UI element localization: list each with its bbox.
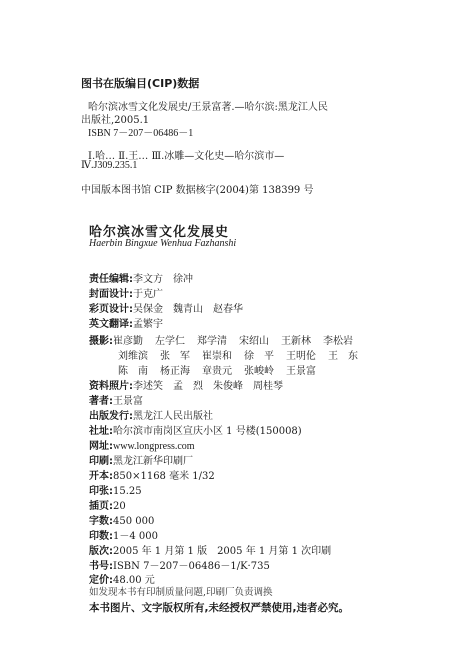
credit-photography-row-2: 刘维滨张 军崔崇和徐 平王明伦王 东: [118, 347, 370, 362]
pub-format: 开本:850×1168 毫米 1/32: [89, 467, 215, 482]
credit-photography: 摄影:崔彦勤左学仁郑学清宋绍山王新林李松岩: [89, 332, 365, 347]
credit-color-pages: 彩页设计:吴保金 魏青山 赵春华: [89, 300, 243, 315]
credit-cover: 封面设计:于克广: [89, 285, 163, 300]
credit-translation: 英文翻译:孟繁宇: [89, 315, 163, 330]
copyright-notice: 本书图片、文字版权所有,未经授权严禁使用,违者必究。: [89, 600, 349, 615]
pub-website: 网址:www.longpress.com: [89, 437, 195, 452]
book-pinyin-title: Haerbin Bingxue Wenhua Fazhanshi: [89, 238, 236, 249]
quality-notice: 如发现本书有印制质量问题,印刷厂负责调换: [89, 584, 273, 598]
credit-editor: 责任编辑:李文方 徐冲: [89, 270, 193, 285]
cip-heading: 图书在版编目(CIP)数据: [81, 75, 199, 91]
cip-isbn: ISBN 7－207－06486－1: [88, 124, 193, 139]
pub-words: 字数:450 000: [89, 512, 154, 527]
pub-author: 著者:王景富: [89, 392, 143, 407]
credit-archive-photos: 资料照片:李述笑 孟 烈 朱俊峰 周桂琴: [89, 377, 283, 392]
pub-edition: 版次:2005 年 1 月第 1 版 2005 年 1 月第 1 次印刷: [89, 542, 331, 557]
pub-printer: 印刷:黑龙江新华印刷厂: [89, 452, 193, 467]
pub-copies: 印数:1－4 000: [89, 527, 158, 542]
pub-isbn: 书号:ISBN 7－207－06486－1/K·735: [89, 557, 270, 572]
cip-verification: 中国版本图书馆 CIP 数据核字(2004)第 138399 号: [81, 181, 313, 196]
credit-photography-row-3: 陈 南杨正海章贵元张峻岭王景富: [118, 362, 328, 377]
cip-class-number: Ⅳ.J309.235.1: [81, 160, 137, 171]
pub-publisher: 出版发行:黑龙江人民出版社: [89, 407, 213, 422]
pub-sheets: 印张:15.25: [89, 482, 142, 497]
pub-address: 社址:哈尔滨市南岗区宣庆小区 1 号楼(150008): [89, 422, 302, 437]
pub-plates: 插页:20: [89, 497, 126, 512]
